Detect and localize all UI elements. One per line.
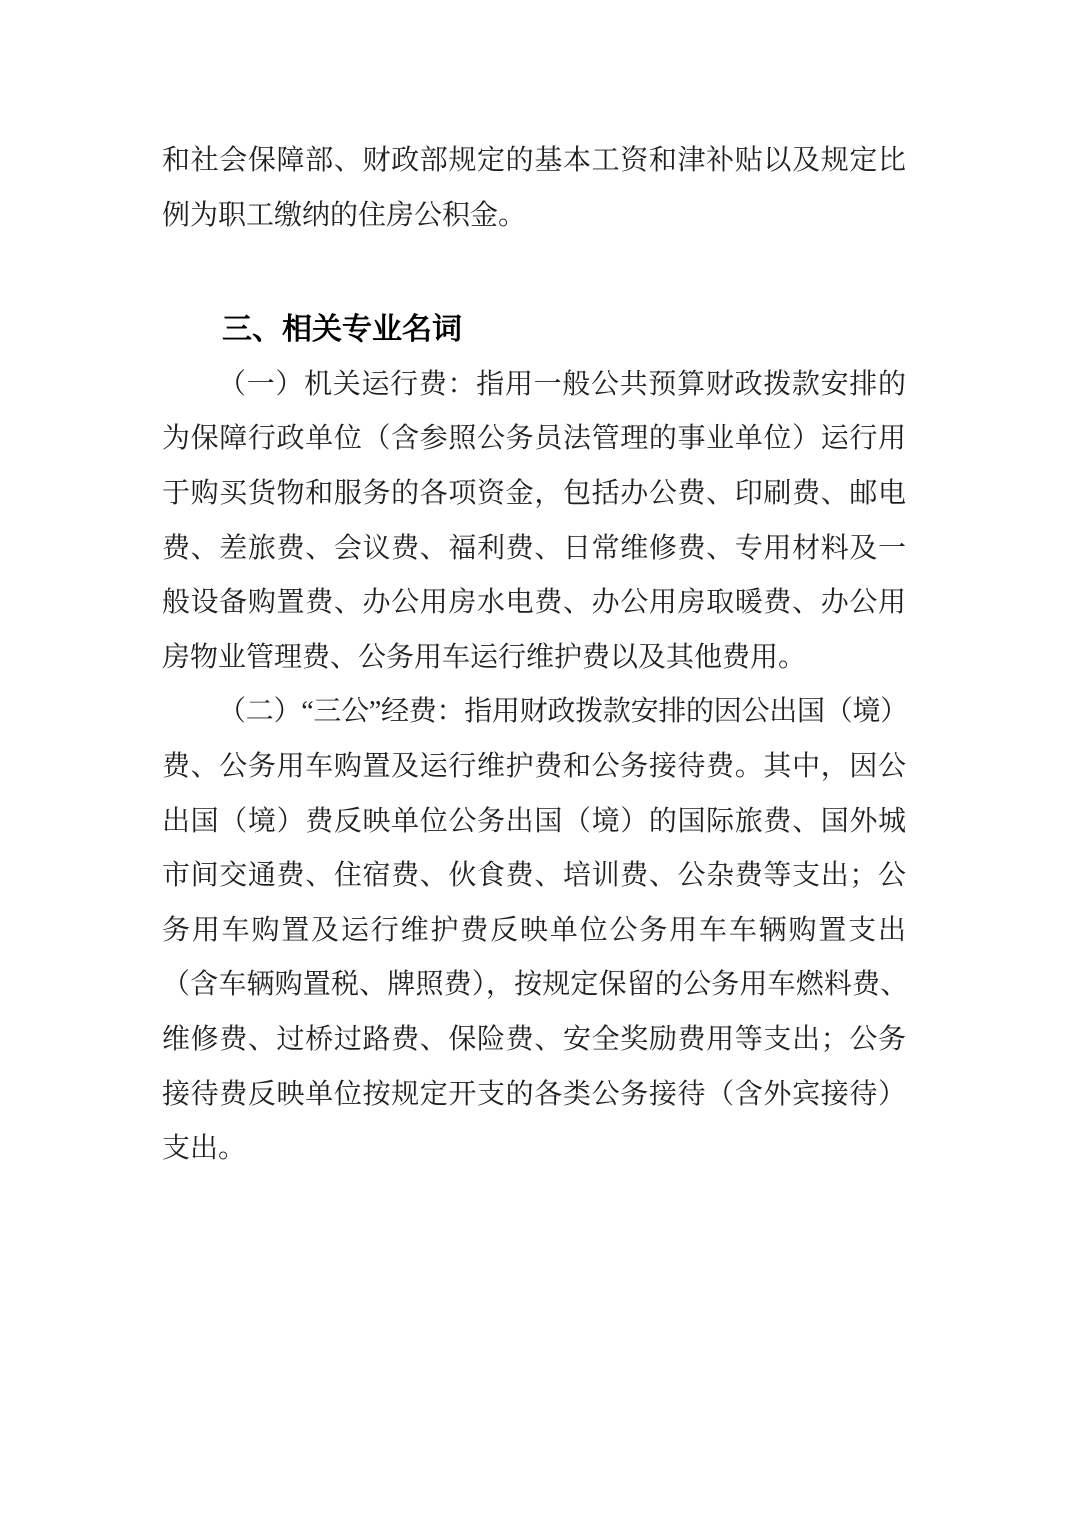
text-line: 例为职工缴纳的住房公积金。 (162, 189, 906, 244)
paragraph: 和社会保障部、财政部规定的基本工资和津补贴以及规定比例为职工缴纳的住房公积金。 (162, 134, 906, 243)
text-line: 费、公务用车购置及运行维护费和公务接待费。其中，因公 (162, 740, 906, 795)
text-line: （含车辆购置税、牌照费），按规定保留的公务用车燃料费、 (162, 958, 906, 1013)
heading-line: 三、相关专业名词 (162, 303, 906, 358)
text-line: 费、差旅费、会议费、福利费、日常维修费、专用材料及一 (162, 522, 906, 577)
text-line: 接待费反映单位按规定开支的各类公务接待（含外宾接待） (162, 1068, 906, 1123)
text-line: （一）机关运行费：指用一般公共预算财政拨款安排的 (162, 358, 906, 413)
text-line: （二）“三公”经费：指用财政拨款安排的因公出国（境） (162, 685, 906, 740)
text-line: 房物业管理费、公务用车运行维护费以及其他费用。 (162, 631, 906, 686)
text-line: 出国（境）费反映单位公务出国（境）的国际旅费、国外城 (162, 795, 906, 850)
text-line: 支出。 (162, 1122, 906, 1177)
text-line: 和社会保障部、财政部规定的基本工资和津补贴以及规定比 (162, 134, 906, 189)
paragraph: （二）“三公”经费：指用财政拨款安排的因公出国（境）费、公务用车购置及运行维护费… (162, 685, 906, 1176)
text-line: 务用车购置及运行维护费反映单位公务用车车辆购置支出 (162, 904, 906, 959)
text-line: 于购买货物和服务的各项资金，包括办公费、印刷费、邮电 (162, 467, 906, 522)
text-line: 般设备购置费、办公用房水电费、办公用房取暖费、办公用 (162, 576, 906, 631)
document-body: 和社会保障部、财政部规定的基本工资和津补贴以及规定比例为职工缴纳的住房公积金。三… (162, 134, 906, 1177)
text-line: 为保障行政单位（含参照公务员法管理的事业单位）运行用 (162, 412, 906, 467)
section-heading: 三、相关专业名词 (162, 303, 906, 358)
text-line: 市间交通费、住宿费、伙食费、培训费、公杂费等支出；公 (162, 849, 906, 904)
document-page: 和社会保障部、财政部规定的基本工资和津补贴以及规定比例为职工缴纳的住房公积金。三… (0, 0, 1074, 1520)
paragraph: （一）机关运行费：指用一般公共预算财政拨款安排的为保障行政单位（含参照公务员法管… (162, 358, 906, 686)
text-line: 维修费、过桥过路费、保险费、安全奖励费用等支出；公务 (162, 1013, 906, 1068)
